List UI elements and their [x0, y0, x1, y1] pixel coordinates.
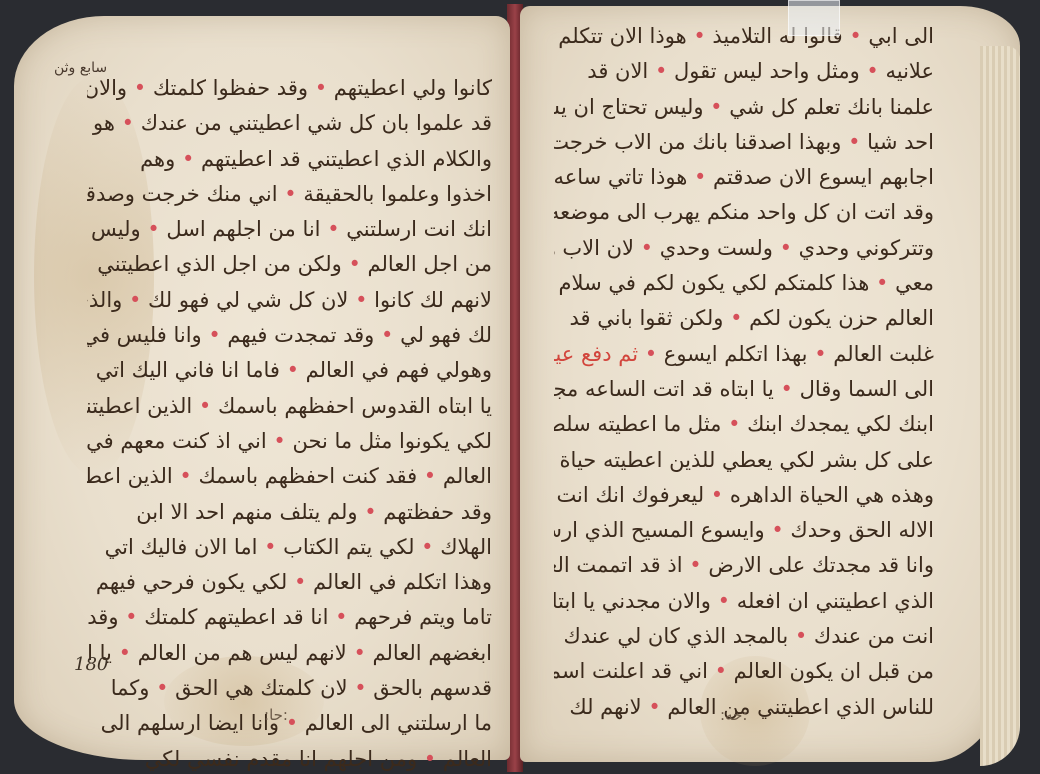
right-page-text: الى ابي • قالوا له التلاميذ • هوذا الان … — [554, 19, 934, 725]
text-line: انك انت ارسلتني • انا من اجلهم اسل • ولي… — [87, 212, 492, 247]
text-line: وهولي فهم في العالم • فاما انا فاني اليك… — [87, 353, 492, 388]
text-line: العالم • فقد كنت احفظهم باسمك • الذين اع… — [87, 459, 492, 494]
left-page-text: كانوا ولي اعطيتهم • وقد حفظوا كلمتك • وا… — [87, 71, 492, 774]
text-line: من قبل ان يكون العالم • اني قد اعلنت اسم… — [554, 654, 934, 689]
left-page: سابع وثن كانوا ولي اعطيتهم • وقد حفظوا ك… — [14, 16, 510, 760]
text-line: علانيه • ومثل واحد ليس تقول • الان قد — [554, 54, 934, 89]
folio-number: 180 — [74, 654, 108, 675]
text-line: الاله الحق وحدك • وايسوع المسيح الذي ارس… — [554, 513, 934, 548]
text-line: وقد حفظتهم • ولم يتلف منهم احد الا ابن — [87, 495, 492, 530]
text-line: لك فهو لي • وقد تمجدت فيهم • وانا فليس ف… — [87, 318, 492, 353]
text-line: يا ابتاه القدوس احفظهم باسمك • الذين اعط… — [87, 389, 492, 424]
text-line: الهلاك • لكي يتم الكتاب • اما الان فاليك… — [87, 530, 492, 565]
catchword: :حا: — [264, 706, 288, 724]
text-line: اخذوا وعلموا بالحقيقة • اني منك خرجت وصد… — [87, 177, 492, 212]
text-line: غلبت العالم • بهذا اتكلم ايسوع • ثم دفع … — [554, 337, 934, 372]
text-line: انت من عندك • بالمجد الذي كان لي عندك — [554, 619, 934, 654]
text-line: الذي اعطيتني ان افعله • والان مجدني يا ا… — [554, 584, 934, 619]
text-line: لانهم لك كانوا • لان كل شي لي فهو لك • و… — [87, 283, 492, 318]
text-line: كانوا ولي اعطيتهم • وقد حفظوا كلمتك • وا… — [87, 71, 492, 106]
text-line: الى السما وقال • يا ابتاه قد اتت الساعه … — [554, 372, 934, 407]
text-line: لكي يكونوا مثل ما نحن • اني اذ كنت معهم … — [87, 424, 492, 459]
text-line: العالم • ومن اجلهم انا مقدم نفسي لكي — [87, 742, 492, 774]
text-line: احد شيا • وبهذا اصدقنا بانك من الاب خرجت — [554, 125, 934, 160]
text-line: اجابهم ايسوع الان صدقتم • هوذا تاتي ساعه — [554, 160, 934, 195]
text-line: على كل بشر لكي يعطي للذين اعطيته حياة دا… — [554, 443, 934, 478]
text-line: وانا قد مجدتك على الارض • اذ قد اتممت ال… — [554, 548, 934, 583]
text-line: تاما ويتم فرحهم • انا قد اعطيتهم كلمتك •… — [87, 600, 492, 635]
catchword: :حه: — [720, 706, 747, 724]
text-line: ابغضهم العالم • لانهم ليس هم من العالم •… — [87, 636, 492, 671]
text-line: معي • هذا كلمتكم لكي يكون لكم في سلام • … — [554, 266, 934, 301]
tape-strip — [788, 0, 840, 36]
text-line: ما ارسلتني الى العالم • وانا ايضا ارسلهم… — [87, 706, 492, 741]
text-line: ابنك لكي يمجدك ابنك • مثل ما اعطيته سلطا… — [554, 407, 934, 442]
text-line: العالم حزن يكون لكم • ولكن ثقوا باني قد — [554, 301, 934, 336]
text-line: والكلام الذي اعطيتني قد اعطيتهم • وهم — [87, 142, 492, 177]
page-edges — [980, 46, 1020, 766]
text-line: علمنا بانك تعلم كل شي • وليس تحتاج ان يس… — [554, 90, 934, 125]
text-line: وهذا اتكلم في العالم • لكي يكون فرحي فيه… — [87, 565, 492, 600]
text-line: وتتركوني وحدي • ولست وحدي • لان الاب هو — [554, 231, 934, 266]
text-line: من اجل العالم • ولكن من اجل الذي اعطيتني — [87, 247, 492, 282]
text-line: الى ابي • قالوا له التلاميذ • هوذا الان … — [554, 19, 934, 54]
right-page: الى ابي • قالوا له التلاميذ • هوذا الان … — [520, 6, 1020, 762]
text-line: قدسهم بالحق • لان كلمتك هي الحق • وكما — [87, 671, 492, 706]
text-line: وقد اتت ان كل واحد منكم يهرب الى موضعه — [554, 195, 934, 230]
text-line: قد علموا بان كل شي اعطيتني من عندك • هو — [87, 106, 492, 141]
text-line: وهذه هي الحياة الداهره • ليعرفوك انك انت — [554, 478, 934, 513]
